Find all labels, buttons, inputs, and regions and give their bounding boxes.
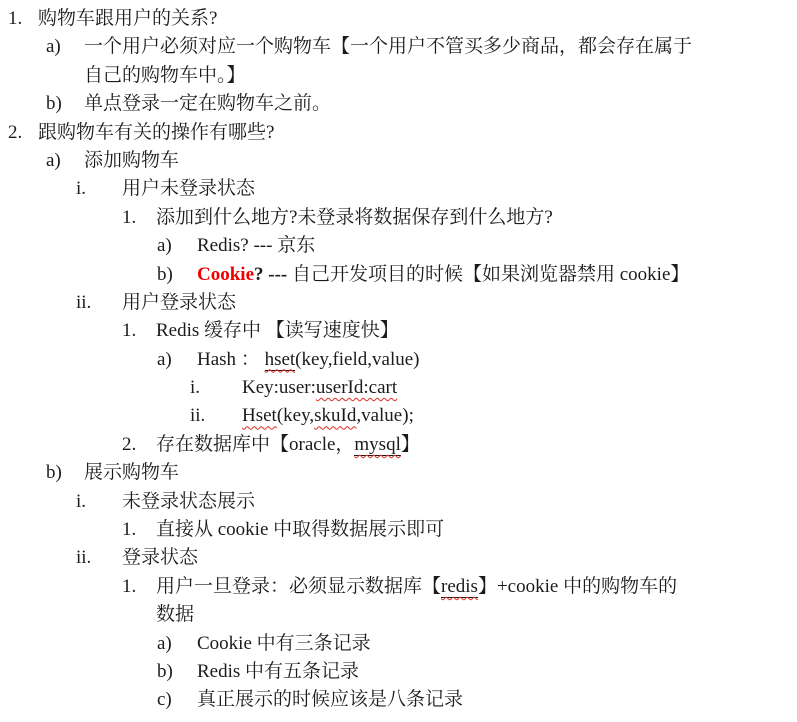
list-item-line: i.Key:user:userId:cart (0, 374, 797, 402)
list-item-line: 2.跟购物车有关的操作有哪些? (0, 119, 797, 147)
list-marker: 1. (122, 516, 136, 544)
list-item-line: a)添加购物车 (0, 147, 797, 175)
text-segment: 数据 (156, 604, 194, 625)
list-item-line: b)Cookie? --- 自己开发项目的时候【如果浏览器禁用 cookie】 (0, 261, 797, 289)
list-item-line: i.未登录状态展示 (0, 488, 797, 516)
list-marker: ii. (76, 544, 91, 572)
document-page: 1.购物车跟用户的关系?a)一个用户必须对应一个购物车【一个用户不管买多少商品，… (0, 0, 797, 722)
list-marker: i. (76, 175, 86, 203)
text-segment: 添加到什么地方?未登录将数据保存到什么地方? (156, 207, 553, 228)
list-marker: 1. (122, 573, 136, 601)
text-segment: 跟购物车有关的操作有哪些? (38, 122, 274, 143)
list-item-line: i.用户未登录状态 (0, 175, 797, 203)
list-marker: i. (190, 374, 200, 402)
list-marker: a) (157, 346, 172, 374)
text-segment: Hash ： (197, 349, 265, 370)
list-item-line: 1.添加到什么地方?未登录将数据保存到什么地方? (0, 204, 797, 232)
text-segment-u-sq: redis (441, 576, 478, 598)
text-segment: 直接从 cookie 中取得数据展示即可 (156, 519, 444, 540)
text-segment: 展示购物车 (84, 462, 179, 483)
list-item-line: a)Redis? --- 京东 (0, 232, 797, 260)
list-item-line: b)Redis 中有五条记录 (0, 658, 797, 686)
text-segment-sq: Hset (242, 405, 277, 426)
list-marker: 1. (122, 317, 136, 345)
text-segment: Redis 中有五条记录 (197, 661, 359, 682)
text-segment: 自己开发项目的时候【如果浏览器禁用 cookie】 (292, 264, 689, 285)
list-item-line: ii.登录状态 (0, 544, 797, 572)
list-marker: 1. (122, 204, 136, 232)
text-segment: 】 (401, 434, 420, 455)
list-marker: a) (46, 147, 61, 175)
list-item-line: b)单点登录一定在购物车之前。 (0, 90, 797, 118)
list-item-line: 1.用户一旦登录：必须显示数据库【redis】+cookie 中的购物车的 (0, 573, 797, 601)
list-item-line: 1.Redis 缓存中 【读写速度快】 (0, 317, 797, 345)
text-segment: 用户登录状态 (122, 292, 236, 313)
list-item-line: b)展示购物车 (0, 459, 797, 487)
list-marker: b) (46, 459, 62, 487)
list-marker: 2. (122, 431, 136, 459)
list-item-line: 2.存在数据库中【oracle，mysql】 (0, 431, 797, 459)
list-item-line: a)Cookie 中有三条记录 (0, 630, 797, 658)
list-marker: a) (157, 630, 172, 658)
text-segment: 自己的购物车中。】 (84, 65, 246, 86)
list-item-continuation: 自己的购物车中。】 (0, 62, 797, 90)
text-segment: Redis? --- 京东 (197, 235, 315, 256)
text-segment: 购物车跟用户的关系? (38, 8, 217, 29)
text-segment-red: Cookie (197, 264, 254, 285)
text-segment: (key,field,value) (295, 349, 419, 370)
list-marker: i. (76, 488, 86, 516)
text-segment: 一个用户必须对应一个购物车【一个用户不管买多少商品，都会存在属于 (84, 36, 692, 57)
text-segment: Redis 缓存中 【读写速度快】 (156, 320, 399, 341)
list-marker: ii. (190, 402, 205, 430)
text-segment-b: ? --- (254, 264, 292, 285)
text-segment: Cookie 中有三条记录 (197, 633, 371, 654)
text-segment: 添加购物车 (84, 150, 179, 171)
list-marker: a) (157, 232, 172, 260)
list-marker: c) (157, 686, 172, 714)
list-marker: ii. (76, 289, 91, 317)
text-segment: Key:user: (242, 377, 316, 398)
text-segment: ,value); (356, 405, 414, 426)
text-segment: 用户未登录状态 (122, 178, 255, 199)
list-marker: 2. (8, 119, 22, 147)
list-item-continuation: 数据 (0, 601, 797, 629)
text-segment: 存在数据库中【oracle， (156, 434, 354, 455)
list-marker: b) (46, 90, 62, 118)
text-segment-sq: skuId (314, 405, 356, 426)
list-marker: 1. (8, 5, 22, 33)
list-item-line: ii.用户登录状态 (0, 289, 797, 317)
list-marker: b) (157, 658, 173, 686)
outline-list: 1.购物车跟用户的关系?a)一个用户必须对应一个购物车【一个用户不管买多少商品，… (0, 5, 797, 715)
text-segment: 未登录状态展示 (122, 491, 255, 512)
list-marker: b) (157, 261, 173, 289)
text-segment: 真正展示的时候应该是八条记录 (197, 689, 463, 710)
text-segment: 用户一旦登录：必须显示数据库【 (156, 576, 441, 597)
text-segment: 单点登录一定在购物车之前。 (84, 93, 331, 114)
list-marker: a) (46, 33, 61, 61)
text-segment-u-sq: mysql (354, 434, 400, 456)
list-item-line: 1.直接从 cookie 中取得数据展示即可 (0, 516, 797, 544)
list-item-line: c)真正展示的时候应该是八条记录 (0, 686, 797, 714)
list-item-line: ii.Hset(key,skuId,value); (0, 402, 797, 430)
list-item-line: a)Hash ： hset(key,field,value) (0, 346, 797, 374)
text-segment-sq: userId:cart (316, 377, 397, 398)
text-segment: 登录状态 (122, 547, 198, 568)
text-segment-u-sq: hset (265, 349, 296, 371)
list-item-line: a)一个用户必须对应一个购物车【一个用户不管买多少商品，都会存在属于 (0, 33, 797, 61)
text-segment: (key, (277, 405, 314, 426)
list-item-line: 1.购物车跟用户的关系? (0, 5, 797, 33)
text-segment: 】+cookie 中的购物车的 (478, 576, 677, 597)
